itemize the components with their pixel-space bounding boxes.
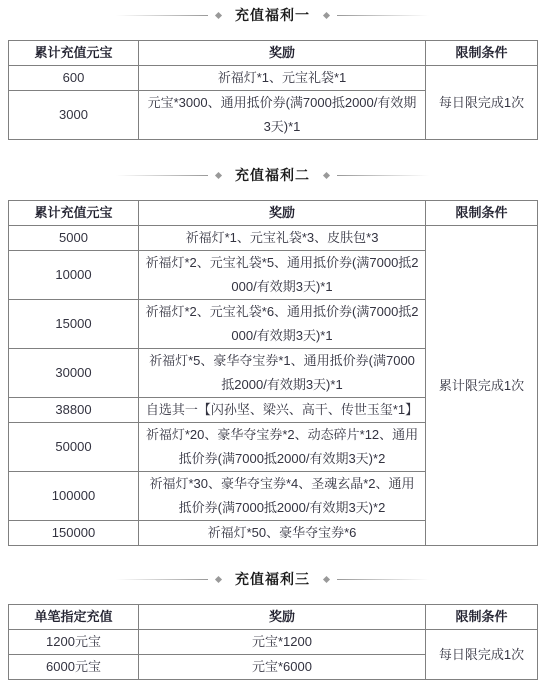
- section-title-bar: 充值福利一: [0, 5, 545, 25]
- column-header-limit: 限制条件: [426, 605, 538, 630]
- column-header-limit: 限制条件: [426, 201, 538, 226]
- reward-cell: 自选其一【闪孙坚、梁兴、高干、传世玉玺*1】: [139, 398, 426, 423]
- diamond-icon: [323, 171, 330, 178]
- reward-cell: 祈福灯*1、元宝礼袋*3、皮肤包*3: [139, 226, 426, 251]
- amount-cell: 1200元宝: [9, 630, 139, 655]
- column-header-amount: 累计充值元宝: [9, 201, 139, 226]
- table-header-row: 单笔指定充值 奖励 限制条件: [9, 605, 538, 630]
- diamond-icon: [215, 11, 222, 18]
- amount-cell: 3000: [9, 91, 139, 140]
- diamond-icon: [323, 575, 330, 582]
- table-row: 600 祈福灯*1、元宝礼袋*1 每日限完成1次: [9, 66, 538, 91]
- reward-cell: 祈福灯*2、元宝礼袋*5、通用抵价券(满7000抵2000/有效期3天)*1: [139, 251, 426, 300]
- title-line-left: [116, 15, 208, 16]
- diamond-icon: [323, 11, 330, 18]
- reward-cell: 祈福灯*20、豪华夺宝券*2、动态碎片*12、通用抵价券(满7000抵2000/…: [139, 423, 426, 472]
- recharge-benefit-section-3: 充值福利三 单笔指定充值 奖励 限制条件 1200元宝 元宝*1200 每日限完…: [0, 569, 545, 680]
- section-title: 充值福利三: [235, 569, 310, 589]
- recharge-table-1: 累计充值元宝 奖励 限制条件 600 祈福灯*1、元宝礼袋*1 每日限完成1次 …: [8, 40, 538, 140]
- recharge-benefit-section-2: 充值福利二 累计充值元宝 奖励 限制条件 5000 祈福灯*1、元宝礼袋*3、皮…: [0, 165, 545, 546]
- table-row: 5000 祈福灯*1、元宝礼袋*3、皮肤包*3 累计限完成1次: [9, 226, 538, 251]
- section-title-bar: 充值福利三: [0, 569, 545, 589]
- recharge-benefit-section-1: 充值福利一 累计充值元宝 奖励 限制条件 600 祈福灯*1、元宝礼袋*1 每日…: [0, 5, 545, 140]
- amount-cell: 6000元宝: [9, 655, 139, 680]
- amount-cell: 600: [9, 66, 139, 91]
- reward-cell: 祈福灯*50、豪华夺宝券*6: [139, 521, 426, 546]
- reward-cell: 祈福灯*30、豪华夺宝券*4、圣魂玄晶*2、通用抵价券(满7000抵2000/有…: [139, 472, 426, 521]
- section-title-bar: 充值福利二: [0, 165, 545, 185]
- amount-cell: 38800: [9, 398, 139, 423]
- title-line-left: [116, 579, 208, 580]
- amount-cell: 5000: [9, 226, 139, 251]
- column-header-reward: 奖励: [139, 41, 426, 66]
- column-header-limit: 限制条件: [426, 41, 538, 66]
- limit-cell: 每日限完成1次: [426, 66, 538, 140]
- section-title: 充值福利一: [235, 5, 310, 25]
- reward-cell: 祈福灯*2、元宝礼袋*6、通用抵价券(满7000抵2000/有效期3天)*1: [139, 300, 426, 349]
- limit-cell: 每日限完成1次: [426, 630, 538, 680]
- amount-cell: 100000: [9, 472, 139, 521]
- section-title: 充值福利二: [235, 165, 310, 185]
- reward-cell: 祈福灯*1、元宝礼袋*1: [139, 66, 426, 91]
- column-header-reward: 奖励: [139, 201, 426, 226]
- reward-cell: 元宝*6000: [139, 655, 426, 680]
- title-line-right: [337, 175, 429, 176]
- reward-cell: 元宝*1200: [139, 630, 426, 655]
- table-header-row: 累计充值元宝 奖励 限制条件: [9, 201, 538, 226]
- column-header-amount: 单笔指定充值: [9, 605, 139, 630]
- recharge-table-2: 累计充值元宝 奖励 限制条件 5000 祈福灯*1、元宝礼袋*3、皮肤包*3 累…: [8, 200, 538, 546]
- title-line-left: [116, 175, 208, 176]
- amount-cell: 150000: [9, 521, 139, 546]
- reward-cell: 祈福灯*5、豪华夺宝券*1、通用抵价券(满7000抵2000/有效期3天)*1: [139, 349, 426, 398]
- column-header-reward: 奖励: [139, 605, 426, 630]
- amount-cell: 15000: [9, 300, 139, 349]
- table-header-row: 累计充值元宝 奖励 限制条件: [9, 41, 538, 66]
- title-line-right: [337, 15, 429, 16]
- table-row: 1200元宝 元宝*1200 每日限完成1次: [9, 630, 538, 655]
- amount-cell: 50000: [9, 423, 139, 472]
- reward-cell: 元宝*3000、通用抵价券(满7000抵2000/有效期3天)*1: [139, 91, 426, 140]
- column-header-amount: 累计充值元宝: [9, 41, 139, 66]
- title-line-right: [337, 579, 429, 580]
- limit-cell: 累计限完成1次: [426, 226, 538, 546]
- amount-cell: 30000: [9, 349, 139, 398]
- diamond-icon: [215, 575, 222, 582]
- amount-cell: 10000: [9, 251, 139, 300]
- recharge-table-3: 单笔指定充值 奖励 限制条件 1200元宝 元宝*1200 每日限完成1次 60…: [8, 604, 538, 680]
- diamond-icon: [215, 171, 222, 178]
